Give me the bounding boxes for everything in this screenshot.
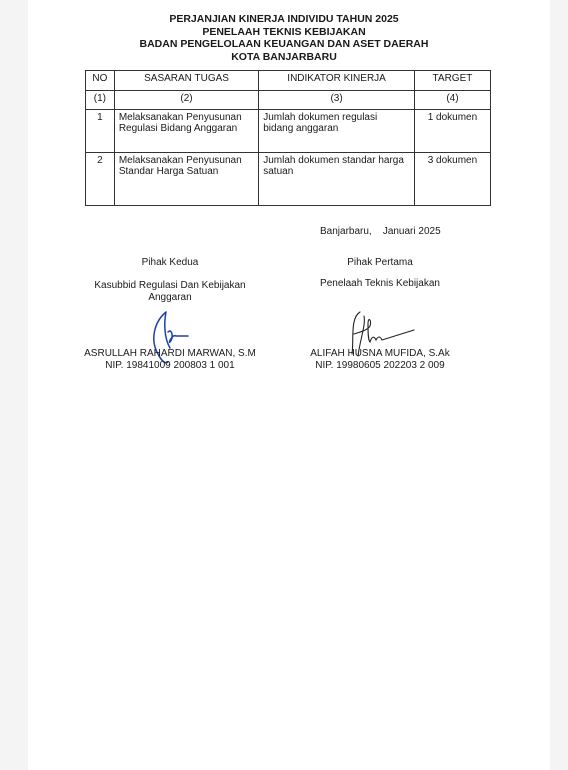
row-target: 3 dokumen	[414, 153, 490, 206]
column-number: (2)	[114, 91, 258, 110]
left-party-role: Pihak Kedua	[90, 257, 250, 268]
left-party-name: ASRULLAH RAHARDI MARWAN, S.M	[70, 348, 270, 359]
right-party-role: Pihak Pertama	[300, 257, 460, 268]
right-party-nip: NIP. 19980605 202203 2 009	[290, 360, 470, 371]
table-header-row: NO SASARAN TUGAS INDIKATOR KINERJA TARGE…	[86, 71, 491, 91]
column-header-no: NO	[86, 71, 115, 91]
header-position: PENELAAH TEKNIS KEBIJAKAN	[0, 26, 568, 39]
table-numbering-row: (1) (2) (3) (4)	[86, 91, 491, 110]
table-row: 1 Melaksanakan Penyusunan Regulasi Bidan…	[86, 110, 491, 153]
document-header: PERJANJIAN KINERJA INDIVIDU TAHUN 2025 P…	[0, 13, 568, 63]
column-header-target: TARGET	[414, 71, 490, 91]
row-indikator: Jumlah dokumen standar harga satuan	[259, 153, 415, 206]
row-sasaran: Melaksanakan Penyusunan Standar Harga Sa…	[114, 153, 258, 206]
header-city: KOTA BANJARBARU	[0, 51, 568, 64]
header-title: PERJANJIAN KINERJA INDIVIDU TAHUN 2025	[0, 13, 568, 26]
header-agency: BADAN PENGELOLAAN KEUANGAN DAN ASET DAER…	[0, 38, 568, 51]
left-party-position: Kasubbid Regulasi Dan Kebijakan	[70, 280, 270, 291]
row-target: 1 dokumen	[414, 110, 490, 153]
right-party-name: ALIFAH HUSNA MUFIDA, S.Ak	[290, 348, 470, 359]
column-header-sasaran: SASARAN TUGAS	[114, 71, 258, 91]
left-party-nip: NIP. 19841009 200803 1 001	[70, 360, 270, 371]
column-header-indikator: INDIKATOR KINERJA	[259, 71, 415, 91]
column-number: (4)	[414, 91, 490, 110]
table-row: 2 Melaksanakan Penyusunan Standar Harga …	[86, 153, 491, 206]
row-indikator: Jumlah dokumen regulasi bidang anggaran	[259, 110, 415, 153]
left-signature-icon	[148, 308, 198, 368]
row-no: 1	[86, 110, 115, 153]
right-party-position: Penelaah Teknis Kebijakan	[290, 278, 470, 289]
row-sasaran: Melaksanakan Penyusunan Regulasi Bidang …	[114, 110, 258, 153]
left-party-position-cont: Anggaran	[70, 292, 270, 303]
place-date: Banjarbaru, Januari 2025	[320, 226, 441, 237]
row-no: 2	[86, 153, 115, 206]
column-number: (3)	[259, 91, 415, 110]
performance-table: NO SASARAN TUGAS INDIKATOR KINERJA TARGE…	[85, 70, 491, 206]
column-number: (1)	[86, 91, 115, 110]
